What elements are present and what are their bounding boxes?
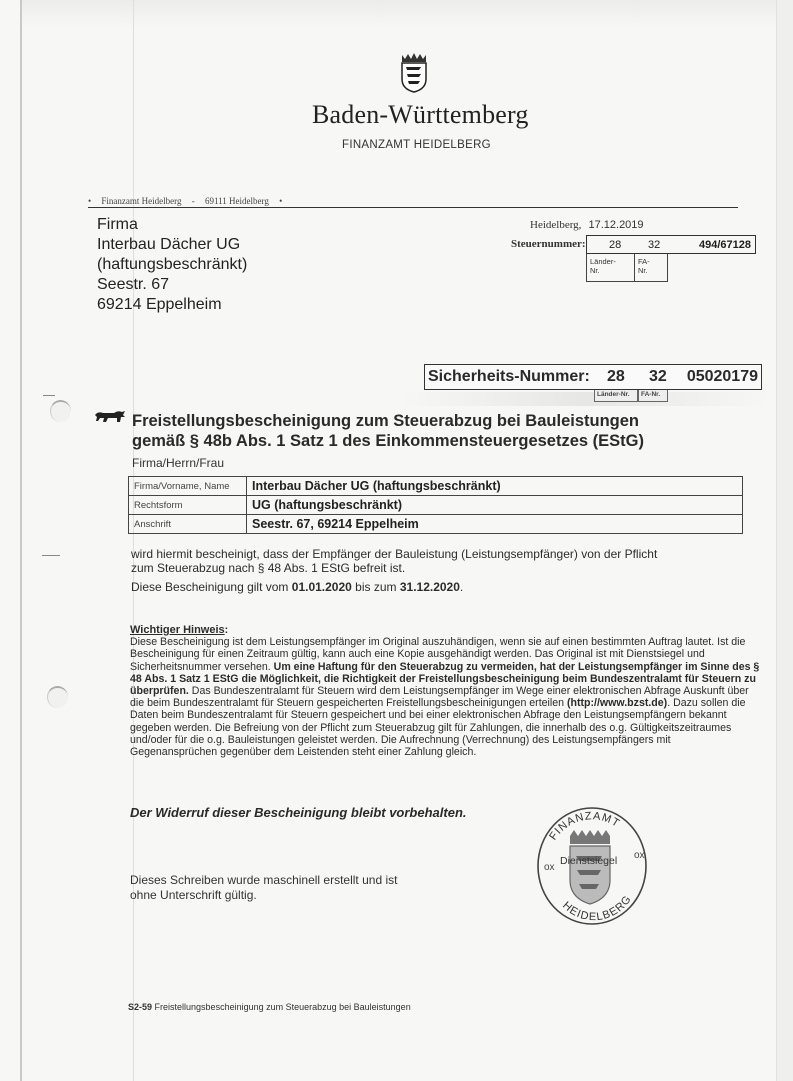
validity-suffix: . bbox=[460, 580, 463, 594]
note-line: ohne Unterschrift gültig. bbox=[130, 888, 397, 903]
valid-to: 31.12.2020 bbox=[400, 580, 460, 594]
note-line: Dieses Schreiben wurde maschinell erstel… bbox=[130, 873, 397, 888]
security-number-box: Sicherheits-Nummer: 28 32 05020179 bbox=[424, 364, 762, 390]
exemption-statement: wird hiermit bescheinigt, dass der Empfä… bbox=[131, 547, 751, 575]
fold-mark bbox=[42, 555, 60, 556]
validity-period: Diese Bescheinigung gilt vom 01.01.2020 … bbox=[131, 580, 751, 594]
bullet: • bbox=[279, 196, 282, 206]
punch-hole bbox=[47, 686, 68, 708]
security-land-no: 28 bbox=[607, 368, 625, 386]
recipient-line: 69214 Eppelheim bbox=[97, 295, 247, 315]
svg-text:ox: ox bbox=[634, 850, 645, 861]
tax-number-box: 28 32 494/67128 bbox=[586, 235, 756, 254]
security-label: Sicherheits-Nummer: bbox=[428, 368, 590, 386]
table-row: Rechtsform UG (haftungsbeschränkt) bbox=[129, 496, 743, 515]
page-edge-right bbox=[776, 0, 793, 1081]
bzst-link[interactable]: (http://www.bzst.de) bbox=[567, 697, 667, 709]
row-label: Anschrift bbox=[129, 515, 247, 534]
tax-fa-label: FA- Nr. bbox=[634, 254, 668, 282]
validity-prefix: Diese Bescheinigung gilt vom bbox=[131, 580, 292, 594]
bullet: • bbox=[88, 196, 91, 206]
place-date: Heidelberg, 17.12.2019 bbox=[530, 219, 644, 231]
date: 17.12.2019 bbox=[588, 219, 643, 231]
scan-shadow bbox=[22, 0, 777, 28]
form-footer: S2-59 Freistellungsbescheinigung zum Ste… bbox=[128, 1002, 411, 1012]
statement-line: wird hiermit bescheinigt, dass der Empfä… bbox=[131, 547, 751, 561]
row-value: UG (haftungsbeschränkt) bbox=[247, 496, 743, 515]
seal-label: Dienstsiegel bbox=[560, 855, 617, 867]
recipient-line: Firma bbox=[97, 215, 247, 235]
row-label: Firma/Vorname, Name bbox=[129, 477, 247, 496]
salutation: Firma/Herrn/Frau bbox=[132, 456, 224, 470]
tax-number-label: Steuernummer: bbox=[511, 238, 586, 250]
title-line: gemäß § 48b Abs. 1 Satz 1 des Einkommens… bbox=[132, 431, 644, 451]
security-fa-label: FA-Nr. bbox=[638, 390, 668, 402]
tax-land-no: 28 bbox=[609, 239, 621, 251]
tax-fa-no: 32 bbox=[648, 239, 660, 251]
scan-smudge bbox=[400, 392, 770, 406]
certificate-title: Freistellungsbescheinigung zum Steuerabz… bbox=[132, 411, 644, 451]
punch-hole bbox=[50, 400, 71, 422]
row-label: Rechtsform bbox=[129, 496, 247, 515]
notice-heading: Wichtiger Hinweis bbox=[130, 624, 225, 636]
statement-line: zum Steuerabzug nach § 48 Abs. 1 EStG be… bbox=[131, 561, 751, 575]
separator: - bbox=[192, 196, 195, 206]
form-code: S2-59 bbox=[128, 1002, 152, 1012]
machine-generated-note: Dieses Schreiben wurde maschinell erstel… bbox=[130, 873, 397, 903]
recipient-line: (haftungsbeschränkt) bbox=[97, 255, 247, 275]
table-row: Firma/Vorname, Name Interbau Dächer UG (… bbox=[129, 477, 743, 496]
page-edge bbox=[20, 0, 22, 1081]
sender-postal: 69111 Heidelberg bbox=[205, 196, 269, 206]
security-number: 05020179 bbox=[687, 368, 758, 386]
title-line: Freistellungsbescheinigung zum Steuerabz… bbox=[132, 411, 644, 431]
row-value: Interbau Dächer UG (haftungsbeschränkt) bbox=[247, 477, 743, 496]
revocation-note: Der Widerruf dieser Bescheinigung bleibt… bbox=[130, 805, 467, 820]
sender-name: Finanzamt Heidelberg bbox=[101, 196, 181, 206]
security-fa-no: 32 bbox=[649, 368, 667, 386]
recipient-address: Firma Interbau Dächer UG (haftungsbeschr… bbox=[97, 215, 247, 315]
security-land-label: Länder-Nr. bbox=[594, 390, 638, 402]
table-row: Anschrift Seestr. 67, 69214 Eppelheim bbox=[129, 515, 743, 534]
office-name: FINANZAMT HEIDELBERG bbox=[342, 139, 491, 151]
notice-body: Diese Bescheinigung ist dem Leistungsemp… bbox=[130, 636, 760, 758]
important-notice: Wichtiger Hinweis: Diese Bescheinigung i… bbox=[130, 624, 760, 758]
fold-mark bbox=[43, 395, 55, 396]
recipient-line: Interbau Dächer UG bbox=[97, 235, 247, 255]
row-value: Seestr. 67, 69214 Eppelheim bbox=[247, 515, 743, 534]
svg-text:ox: ox bbox=[544, 862, 555, 873]
place: Heidelberg, bbox=[530, 219, 581, 231]
fold-line bbox=[133, 0, 134, 1081]
notice-heading-colon: : bbox=[225, 624, 229, 636]
valid-from: 01.01.2020 bbox=[292, 580, 352, 594]
form-title: Freistellungsbescheinigung zum Steuerabz… bbox=[152, 1002, 411, 1012]
state-name: Baden-Württemberg bbox=[312, 100, 529, 130]
recipient-line: Seestr. 67 bbox=[97, 275, 247, 295]
coat-of-arms-icon bbox=[399, 53, 429, 93]
return-address: • Finanzamt Heidelberg - 69111 Heidelber… bbox=[88, 196, 738, 208]
recipient-info-table: Firma/Vorname, Name Interbau Dächer UG (… bbox=[128, 476, 743, 534]
tax-number: 494/67128 bbox=[699, 239, 751, 251]
tax-land-label: Länder- Nr. bbox=[586, 254, 635, 282]
lion-icon bbox=[94, 409, 126, 423]
validity-middle: bis zum bbox=[352, 580, 400, 594]
